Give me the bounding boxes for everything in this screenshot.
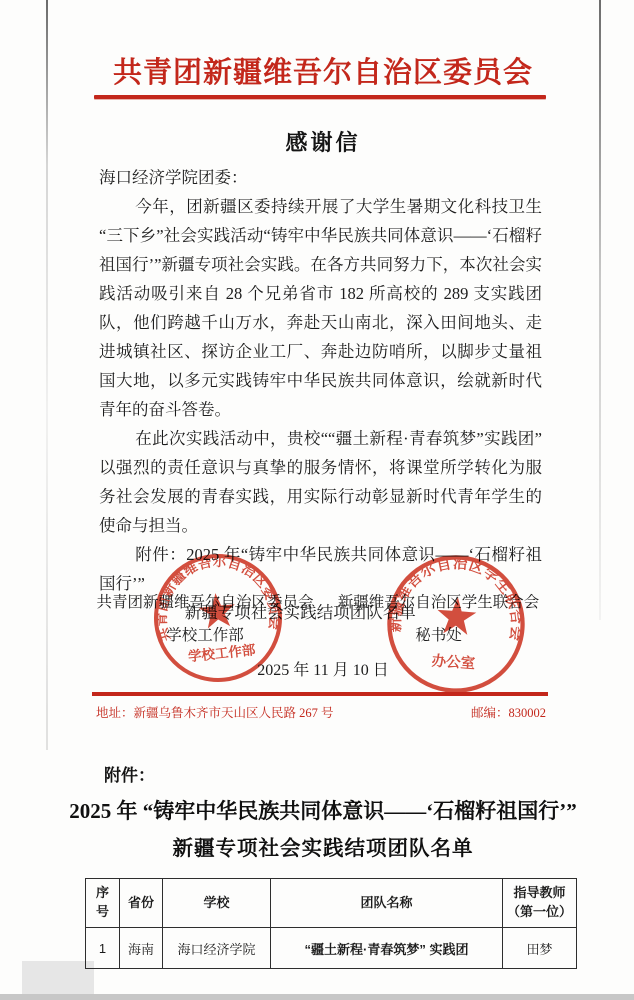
cell-number: 1 <box>86 928 120 969</box>
footer-contact-row: 地址：新疆乌鲁木齐市天山区人民路 267 号 邮编：830002 <box>96 703 546 721</box>
scanned-letter-page: 共青团新疆维吾尔自治区委员会 感谢信 海口经济学院团委： 今年，团新疆区委持续开… <box>0 0 634 1000</box>
header-cell-school: 学校 <box>163 879 271 928</box>
cell-teacher: 田梦 <box>503 928 577 969</box>
cell-team: “疆土新程·青春筑梦” 实践团 <box>271 928 503 969</box>
footer-address: 地址：新疆乌鲁木齐市天山区人民路 267 号 <box>96 703 334 721</box>
attachment-label: 附件： <box>104 761 155 786</box>
attachment-title-line-2: 新疆专项社会实践结项团队名单 <box>46 831 600 861</box>
page-edge-line-right <box>599 0 601 620</box>
letterhead-org-title: 共青团新疆维吾尔自治区委员会 <box>46 50 600 91</box>
attachment-title-line-1: 2025 年 “铸牢中华民族共同体意识——‘石榴籽祖国行’” <box>46 795 600 825</box>
seal-ring-text: 新疆维吾尔自治区学生联合会 <box>385 550 531 643</box>
table-header-row: 序 号 省份 学校 团队名称 指导教师 （第一位） <box>86 879 577 928</box>
table-row: 1 海南 海口经济学院 “疆土新程·青春筑梦” 实践团 田梦 <box>86 928 577 969</box>
body-paragraph-1: 今年，团新疆区委持续开展了大学生暑期文化科技卫生“三下乡”社会实践活动“铸牢中华… <box>99 192 542 424</box>
results-table: 序 号 省份 学校 团队名称 指导教师 （第一位） 1 海南 海口经济学院 “疆… <box>85 878 577 969</box>
salutation: 海口经济学院团委： <box>99 163 542 192</box>
scan-shadow-bottom <box>0 994 634 1000</box>
scan-shadow-corner <box>22 961 94 995</box>
cell-school: 海口经济学院 <box>163 928 271 969</box>
header-cell-province: 省份 <box>120 879 163 928</box>
letterhead-red-rule <box>94 95 546 99</box>
footer-postcode: 邮编：830002 <box>471 703 546 721</box>
header-cell-team: 团队名称 <box>271 879 503 928</box>
cell-province: 海南 <box>120 928 163 969</box>
header-cell-number: 序 号 <box>86 879 120 928</box>
page-edge-line-left <box>46 0 48 750</box>
body-paragraph-2: 在此次实践活动中，贵校““疆土新程·青春筑梦”实践团”以强烈的责任意识与真挚的服… <box>99 424 542 540</box>
letter-title: 感谢信 <box>46 126 600 157</box>
letter-date: 2025 年 11 月 10 日 <box>46 657 600 680</box>
seal-star-icon <box>197 591 237 629</box>
header-cell-teacher: 指导教师 （第一位） <box>503 879 577 928</box>
seal-star-icon <box>436 596 477 636</box>
footer-red-rule <box>92 692 548 696</box>
